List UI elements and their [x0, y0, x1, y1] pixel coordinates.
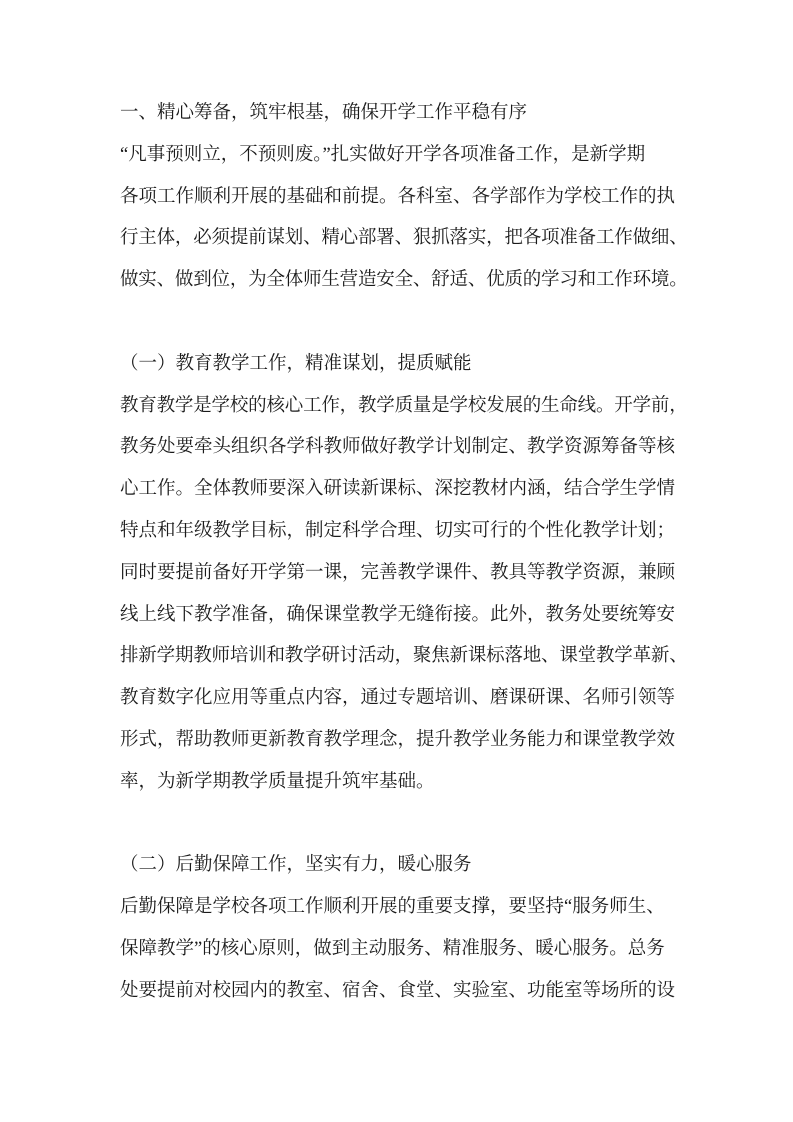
- text-line: 心工作。全体教师要深入研读新课标、深挖教材内涵，结合学生学情: [120, 469, 688, 511]
- text-line: 线上线下教学准备，确保课堂教学无缝衔接。此外，教务处要统筹安: [120, 595, 688, 637]
- text-line: 同时要提前备好开学第一课，完善教学课件、教具等教学资源，兼顾: [120, 553, 688, 595]
- document-page: 一、精心筹备，筑牢根基，确保开学工作平稳有序 “凡事预则立，不预则废。”扎实做好…: [0, 0, 793, 1122]
- text-line: 教务处要牵头组织各学科教师做好教学计划制定、教学资源筹备等核: [120, 427, 688, 469]
- text-line: 行主体，必须提前谋划、精心部署、狠抓落实，把各项准备工作做细、: [120, 218, 688, 260]
- text-line: 处要提前对校园内的教室、宿舍、食堂、实验室、功能室等场所的设: [120, 971, 688, 1013]
- text-line: 教育教学是学校的核心工作，教学质量是学校发展的生命线。开学前，: [120, 386, 688, 428]
- section-heading: 一、精心筹备，筑牢根基，确保开学工作平稳有序: [120, 93, 688, 135]
- text-line: 保障教学”的核心原则，做到主动服务、精准服务、暖心服务。总务: [120, 929, 688, 971]
- blank-line: [120, 804, 688, 846]
- blank-line: [120, 302, 688, 344]
- text-line: 排新学期教师培训和教学研讨活动，聚焦新课标落地、课堂教学革新、: [120, 636, 688, 678]
- section-heading: （二）后勤保障工作，坚实有力，暖心服务: [120, 845, 688, 887]
- section-heading: （一）教育教学工作，精准谋划，提质赋能: [120, 344, 688, 386]
- text-line: “凡事预则立，不预则废。”扎实做好开学各项准备工作，是新学期: [120, 135, 688, 177]
- text-line: 教育数字化应用等重点内容，通过专题培训、磨课研课、名师引领等: [120, 678, 688, 720]
- text-line: 率，为新学期教学质量提升筑牢基础。: [120, 762, 688, 804]
- text-line: 做实、做到位，为全体师生营造安全、舒适、优质的学习和工作环境。: [120, 260, 688, 302]
- text-line: 形式，帮助教师更新教育教学理念，提升教学业务能力和课堂教学效: [120, 720, 688, 762]
- text-line: 特点和年级教学目标，制定科学合理、切实可行的个性化教学计划；: [120, 511, 688, 553]
- text-line: 各项工作顺利开展的基础和前提。各科室、各学部作为学校工作的执: [120, 177, 688, 219]
- text-line: 后勤保障是学校各项工作顺利开展的重要支撑，要坚持“服务师生、: [120, 887, 688, 929]
